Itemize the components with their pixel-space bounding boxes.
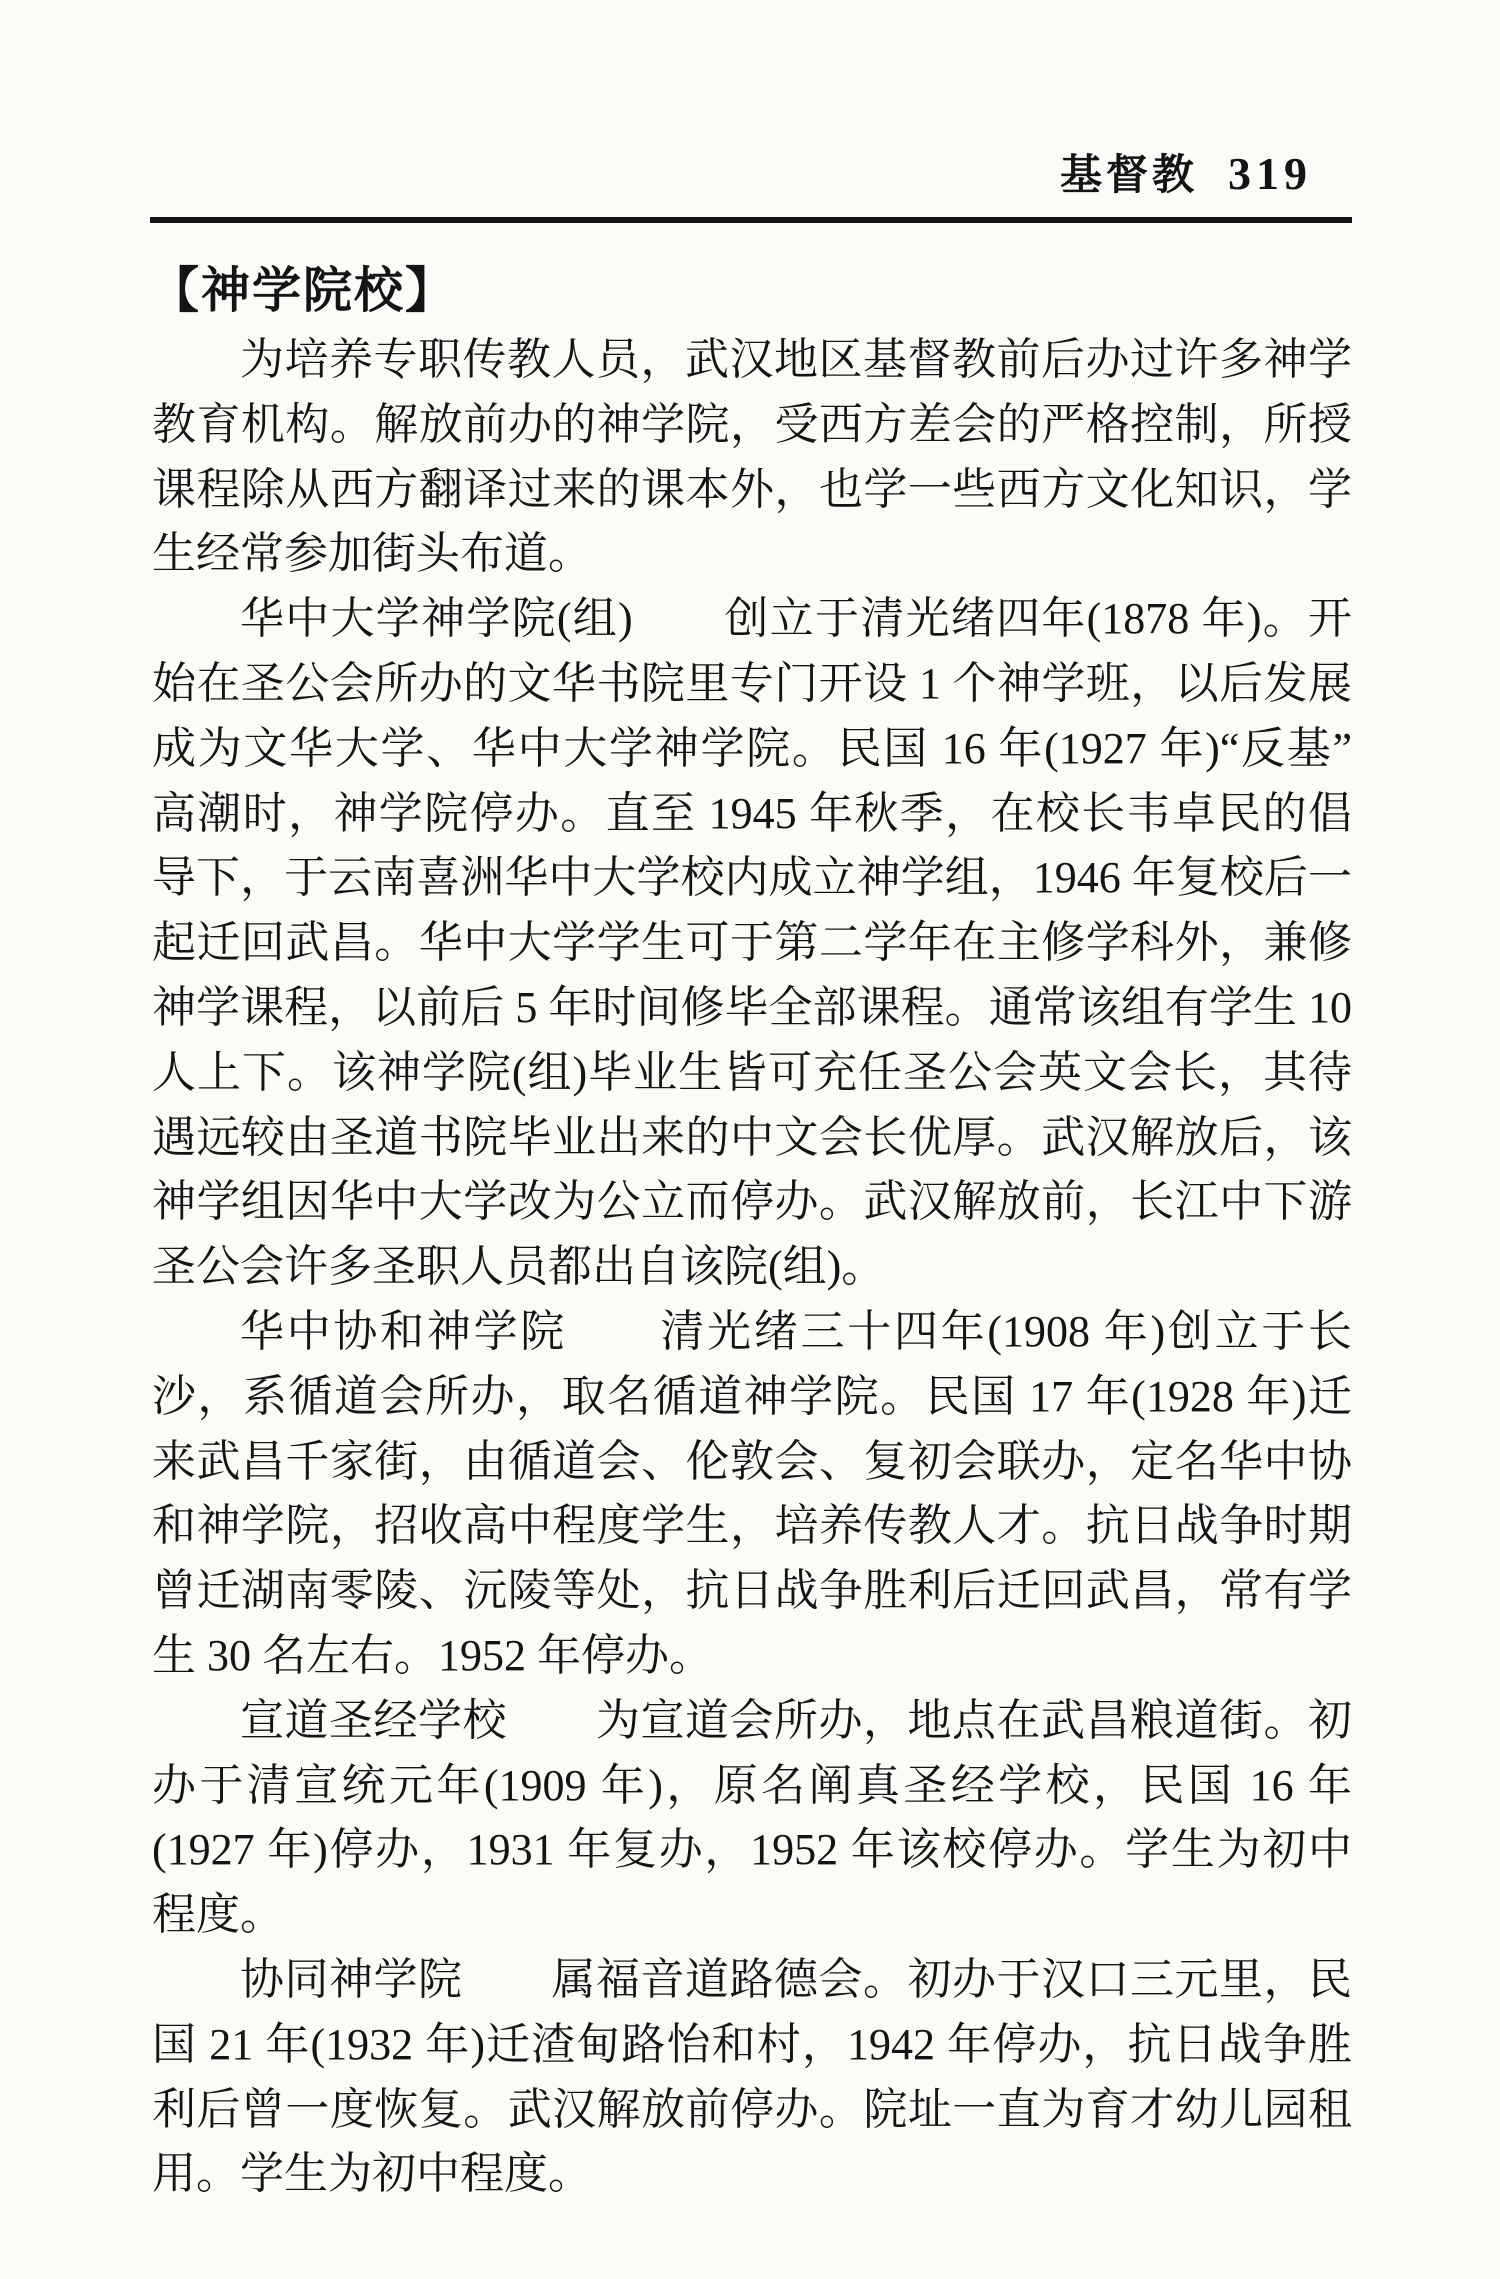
- header-section-title: 基督教: [1060, 153, 1198, 199]
- paragraph-intro: 为培养专职传教人员，武汉地区基督教前后办过许多神学教育机构。解放前办的神学院，受…: [152, 328, 1352, 587]
- book-page: 基督教 319 【神学院校】 为培养专职传教人员，武汉地区基督教前后办过许多神学…: [0, 0, 1500, 2279]
- header-page-number: 319: [1228, 148, 1312, 199]
- paragraph-huazhong-university-seminary: 华中大学神学院(组) 创立于清光绪四年(1878 年)。开始在圣公会所办的文华书…: [152, 587, 1352, 1300]
- entry-title: 【神学院校】: [150, 252, 456, 322]
- running-header: 基督教 319: [0, 142, 1312, 202]
- paragraph-concordia-seminary: 协同神学院 属福音道路德会。初办于汉口三元里，民国 21 年(1932 年)迁渣…: [152, 1948, 1352, 2207]
- article-body: 为培养专职传教人员，武汉地区基督教前后办过许多神学教育机构。解放前办的神学院，受…: [152, 328, 1352, 2207]
- paragraph-xuandao-bible-school: 宣道圣经学校 为宣道会所办，地点在武昌粮道街。初办于清宣统元年(1909 年)，…: [152, 1689, 1352, 1948]
- header-rule: [150, 217, 1352, 223]
- paragraph-huazhong-union-seminary: 华中协和神学院 清光绪三十四年(1908 年)创立于长沙，系循道会所办，取名循道…: [152, 1300, 1352, 1689]
